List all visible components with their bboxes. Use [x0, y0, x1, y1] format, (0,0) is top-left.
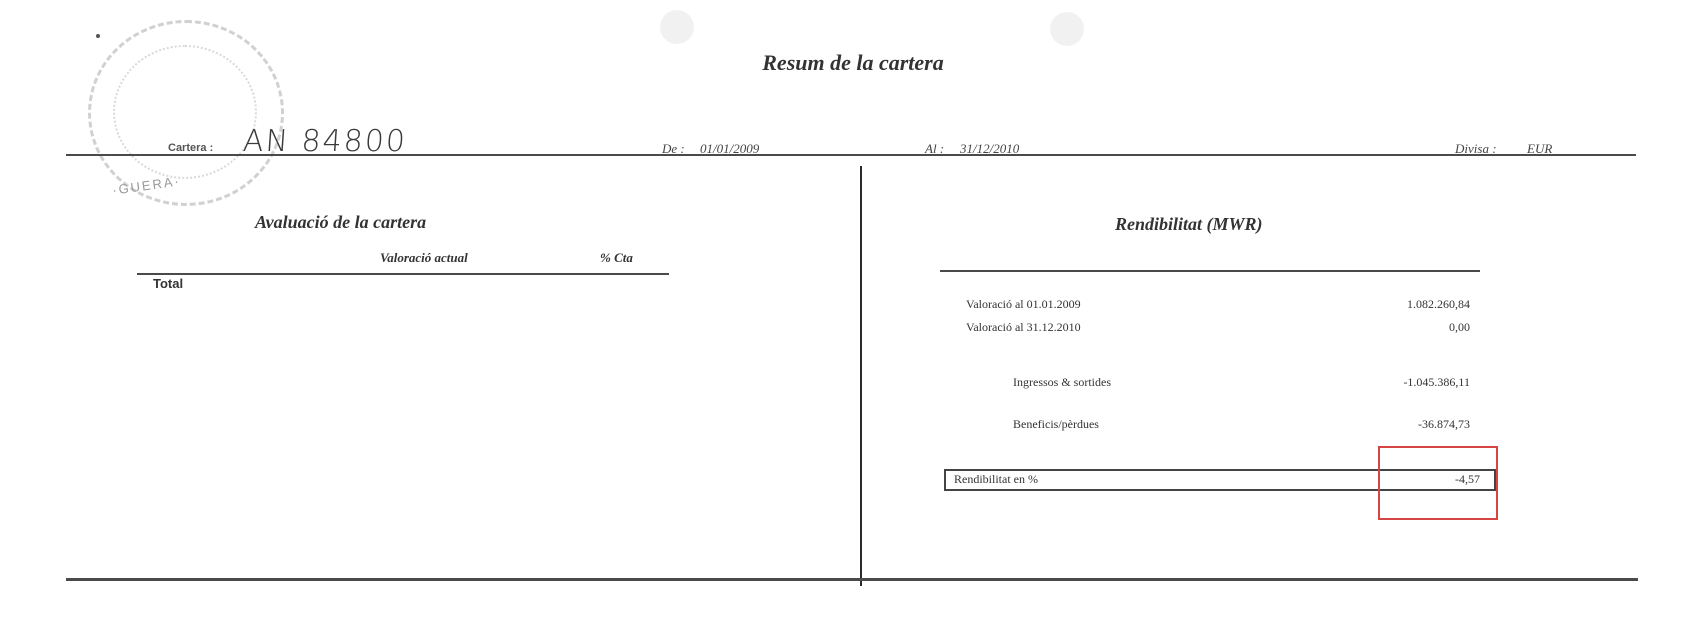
performance-table-rule: [940, 270, 1480, 272]
col-header-value: Valoració actual: [380, 250, 468, 266]
row-label: Valoració al 01.01.2009: [966, 297, 1081, 312]
page-title: Resum de la cartera: [0, 50, 1706, 76]
footer-divider: [66, 578, 1638, 581]
evaluation-title: Avaluació de la cartera: [255, 212, 426, 233]
row-value: -36.874,73: [1290, 417, 1470, 432]
ink-dot: [96, 34, 100, 38]
evaluation-table-rule: [137, 273, 669, 275]
seal-stamp: [88, 20, 284, 206]
row-value: 1.082.260,84: [1290, 297, 1470, 312]
return-label: Rendibilitat en %: [954, 472, 1038, 487]
faint-mark: [660, 10, 694, 44]
row-value: 0,00: [1290, 320, 1470, 335]
row-label: Beneficis/pèrdues: [1013, 417, 1099, 432]
performance-title: Rendibilitat (MWR): [1115, 214, 1263, 235]
row-label: Ingressos & sortides: [1013, 375, 1111, 390]
row-value: -1.045.386,11: [1290, 375, 1470, 390]
header-divider: [66, 154, 1636, 156]
cartera-label: Cartera :: [168, 142, 213, 154]
column-divider: [860, 166, 862, 586]
col-header-pct: % Cta: [600, 250, 633, 266]
row-label: Valoració al 31.12.2010: [966, 320, 1081, 335]
faint-mark: [1050, 12, 1084, 46]
total-label: Total: [153, 276, 183, 291]
highlight-box: [1378, 446, 1498, 520]
